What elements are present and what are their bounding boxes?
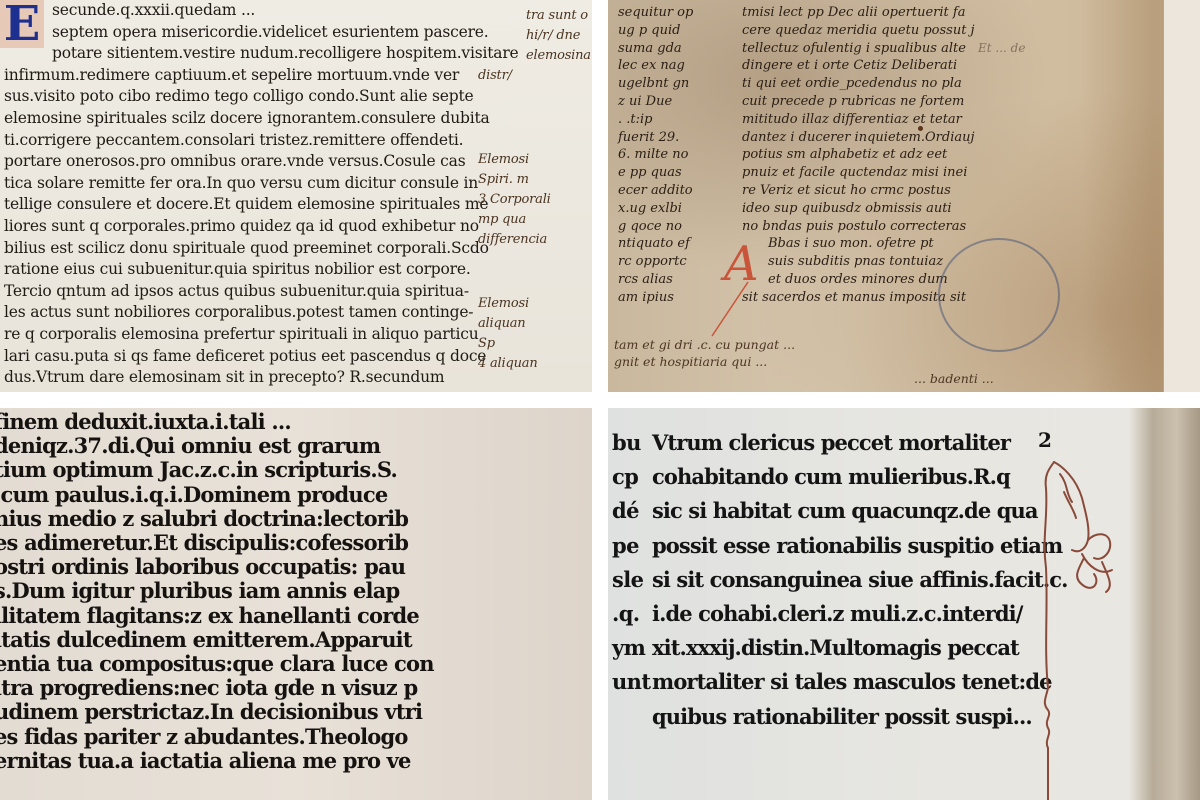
printed-text-block: secunde.q.xxxii.quedam ... septem opera … bbox=[4, 0, 474, 392]
text-line: mititudo illaz differentiaz et tetar bbox=[742, 111, 975, 129]
text-line: e pp quas bbox=[618, 164, 693, 182]
text-line: ugelbnt gn bbox=[618, 75, 693, 93]
text-line: ti qui eet ordie_pcedendus no pla bbox=[742, 75, 975, 93]
text-line: es fidas pariter z abudantes.Theologo bbox=[0, 725, 434, 749]
text-line: x.ug exlbi bbox=[618, 200, 693, 218]
panel-blackletter-print: finem deduxit.iuxta.i.tali ... deniqz.37… bbox=[0, 408, 592, 800]
text-line: potare sitientem.vestire nudum.recollige… bbox=[4, 43, 474, 65]
gloss-fragment: unt bbox=[612, 665, 650, 699]
margin-note: Elemosi bbox=[478, 294, 592, 314]
panel-printed-incunable-annotated: E secunde.q.xxxii.quedam ... septem oper… bbox=[0, 0, 592, 392]
manicule-pointing-hand-icon bbox=[1042, 458, 1152, 800]
margin-gap bbox=[478, 86, 592, 150]
text-line: ug p quid bbox=[618, 22, 693, 40]
text-line: gnit et hospitiaria qui ... bbox=[614, 353, 994, 370]
manuscript-footer-notes: tam et gi dri .c. cu pungat ... gnit et … bbox=[614, 336, 994, 387]
text-line: itatis dulcedinem emitterem.Apparuit bbox=[0, 628, 434, 652]
text-line: re q corporalis elemosina prefertur spir… bbox=[4, 324, 474, 346]
gloss-fragment: dé bbox=[612, 494, 650, 528]
margin-note: distr/ bbox=[478, 66, 592, 86]
text-line: udinem perstrictaz.In decisionibus vtri bbox=[0, 700, 434, 724]
text-line: sus.visito poto cibo redimo tego colligo… bbox=[4, 86, 474, 108]
manuscript-column-faded: Et ... de bbox=[978, 40, 1025, 57]
manuscript-column-main: tmisi lect pp Dec alii opertuerit fa cer… bbox=[742, 4, 975, 307]
text-line: lec ex nag bbox=[618, 57, 693, 75]
text-line: Vtrum clericus peccet mortaliter bbox=[652, 426, 1068, 460]
text-line: ltra progrediens:nec iota gde n visuz p bbox=[0, 676, 434, 700]
text-line: possit esse rationabilis suspitio etiam bbox=[652, 529, 1068, 563]
text-line: infirmum.redimere captiuum.et sepelire m… bbox=[4, 65, 474, 87]
text-line: potius sm alphabetiz et adz eet bbox=[742, 146, 975, 164]
text-line: dantez i ducerer inquietem.Ordiauj bbox=[742, 129, 975, 147]
text-line: ratione eius cui subuenitur.quia spiritu… bbox=[4, 259, 474, 281]
margin-note: 4 aliquan bbox=[478, 354, 592, 374]
text-line: suis subditis pnas tontuiaz bbox=[742, 253, 975, 271]
handwritten-margin-notes: tra sunt o hi/r/ dne elemosina distr/ El… bbox=[478, 6, 592, 374]
text-line: sequitur op bbox=[618, 4, 693, 22]
text-line: liores sunt q corporales.primo quidez qa… bbox=[4, 216, 474, 238]
library-stamp-icon bbox=[938, 238, 1060, 352]
text-line: lari casu.puta si qs fame deficeret poti… bbox=[4, 346, 474, 368]
margin-gap bbox=[478, 250, 592, 294]
text-line: g qoce no bbox=[618, 218, 693, 236]
text-line: Bbas i suo mon. ofetre pt bbox=[742, 235, 975, 253]
margin-note: Elemosi bbox=[478, 150, 592, 170]
text-line: elemosine spirituales scilz docere ignor… bbox=[4, 108, 474, 130]
margin-note: Spiri. m bbox=[478, 170, 592, 190]
text-line: rcs alias bbox=[618, 271, 693, 289]
text-line: .cum paulus.i.q.i.Dominem produce bbox=[0, 483, 434, 507]
text-line: bilius est scilicz donu spirituale quod … bbox=[4, 238, 474, 260]
text-line: cuit precede p rubricas ne fortem bbox=[742, 93, 975, 111]
text-line: septem opera misericordie.videlicet esur… bbox=[4, 22, 474, 44]
text-line: . .t:ip bbox=[618, 111, 693, 129]
gloss-fragment: ym bbox=[612, 631, 650, 665]
margin-note: 3 Corporali bbox=[478, 190, 592, 210]
margin-note: mp qua bbox=[478, 210, 592, 230]
faded-text-line: Et ... de bbox=[978, 40, 1025, 57]
text-line: rc opportc bbox=[618, 253, 693, 271]
text-line: entia tua compositus:que clara luce con bbox=[0, 652, 434, 676]
margin-note: elemosina bbox=[478, 46, 592, 66]
text-line: les actus sunt nobiliores corporalibus.p… bbox=[4, 302, 474, 324]
text-line: cere quedaz meridia quetu possut j bbox=[742, 22, 975, 40]
marginal-number: 2 bbox=[1038, 428, 1052, 452]
text-line: si sit consanguinea siue affinis.facit.c… bbox=[652, 563, 1068, 597]
text-line: ntiquato ef bbox=[618, 235, 693, 253]
text-line: es adimeretur.Et discipulis:cofessorib bbox=[0, 531, 434, 555]
text-line: finem deduxit.iuxta.i.tali ... bbox=[0, 410, 434, 434]
text-line: nius medio z salubri doctrina:lectorib bbox=[0, 507, 434, 531]
text-line: xit.xxxij.distin.Multomagis peccat bbox=[652, 631, 1068, 665]
text-line: ilitatem flagitans:z ex hanellanti corde bbox=[0, 604, 434, 628]
text-line: Tercio qntum ad ipsos actus quibus subue… bbox=[4, 281, 474, 303]
margin-note: differencia bbox=[478, 230, 592, 250]
text-line: suma gda bbox=[618, 40, 693, 58]
text-line: am ipius bbox=[618, 289, 693, 307]
text-line: portare onerosos.pro omnibus orare.vnde … bbox=[4, 151, 474, 173]
text-line: s.Dum igitur pluribus iam annis elap bbox=[0, 579, 434, 603]
text-line: ernitas tua.a iactatia aliena me pro ve bbox=[0, 749, 434, 773]
text-line: i.de cohabi.cleri.z muli.z.c.interdi/ bbox=[652, 597, 1068, 631]
text-line: 6. milte no bbox=[618, 146, 693, 164]
text-line: tium optimum Jac.z.c.in scripturis.S. bbox=[0, 458, 434, 482]
text-line: re Veriz et sicut ho crmc postus bbox=[742, 182, 975, 200]
gloss-fragment: bu bbox=[612, 426, 650, 460]
text-line: sic si habitat cum quacunqz.de qua bbox=[652, 494, 1068, 528]
text-line: fuerit 29. bbox=[618, 129, 693, 147]
page-edge bbox=[1163, 0, 1200, 392]
text-line: tica solare remitte fer ora.In quo versu… bbox=[4, 173, 474, 195]
text-line: Tho.secunda secunde.q.xxxii.dicendum q s… bbox=[4, 389, 474, 392]
text-line: dingere et i orte Cetiz Deliberati bbox=[742, 57, 975, 75]
text-line: pnuiz et facile quctendaz misi inei bbox=[742, 164, 975, 182]
text-line: mortaliter si tales masculos tenet:de bbox=[652, 665, 1068, 699]
margin-note: hi/r/ dne bbox=[478, 26, 592, 46]
gloss-fragment: cp bbox=[612, 460, 650, 494]
gloss-fragment: pe bbox=[612, 529, 650, 563]
manuscript-column-left: sequitur op ug p quid suma gda lec ex na… bbox=[618, 4, 693, 307]
text-line: dus.Vtrum dare elemosinam sit in precept… bbox=[4, 367, 474, 389]
ink-spot bbox=[918, 126, 923, 131]
margin-note: Sp bbox=[478, 334, 592, 354]
blackletter-text-block: finem deduxit.iuxta.i.tali ... deniqz.37… bbox=[0, 410, 434, 773]
gloss-fragment: sle bbox=[612, 563, 650, 597]
text-line: tellectuz ofulentig i spualibus alte bbox=[742, 40, 975, 58]
text-line: ti.corrigere peccantem.consolari tristez… bbox=[4, 130, 474, 152]
margin-note: tra sunt o bbox=[478, 6, 592, 26]
red-pen-stroke-icon bbox=[708, 280, 768, 340]
text-line: ... badenti ... bbox=[614, 370, 994, 387]
panel-medieval-manuscript: sequitur op ug p quid suma gda lec ex na… bbox=[608, 0, 1200, 392]
text-line: ostri ordinis laboribus occupatis: pau bbox=[0, 555, 434, 579]
text-line: tam et gi dri .c. cu pungat ... bbox=[614, 336, 994, 353]
panel-gothic-print-manicule: bu cp dé pe sle .q. ym unt Vtrum clericu… bbox=[608, 408, 1200, 800]
text-line: tmisi lect pp Dec alii opertuerit fa bbox=[742, 4, 975, 22]
gothic-text-block: Vtrum clericus peccet mortaliter cohabit… bbox=[652, 426, 1068, 734]
text-line: deniqz.37.di.Qui omniu est grarum bbox=[0, 434, 434, 458]
text-line: cohabitando cum mulieribus.R.q bbox=[652, 460, 1068, 494]
margin-note: aliquan bbox=[478, 314, 592, 334]
text-line: no bndas puis postulo correcteras bbox=[742, 218, 975, 236]
text-line: secunde.q.xxxii.quedam ... bbox=[4, 0, 474, 22]
gloss-fragment: .q. bbox=[612, 597, 650, 631]
text-line: quibus rationabiliter possit suspi... bbox=[652, 700, 1068, 734]
text-line: ecer addito bbox=[618, 182, 693, 200]
text-line: tellige consulere et docere.Et quidem el… bbox=[4, 194, 474, 216]
text-line: ideo sup quibusdz obmissis auti bbox=[742, 200, 975, 218]
text-line: z ui Due bbox=[618, 93, 693, 111]
gloss-column: bu cp dé pe sle .q. ym unt bbox=[612, 426, 650, 700]
